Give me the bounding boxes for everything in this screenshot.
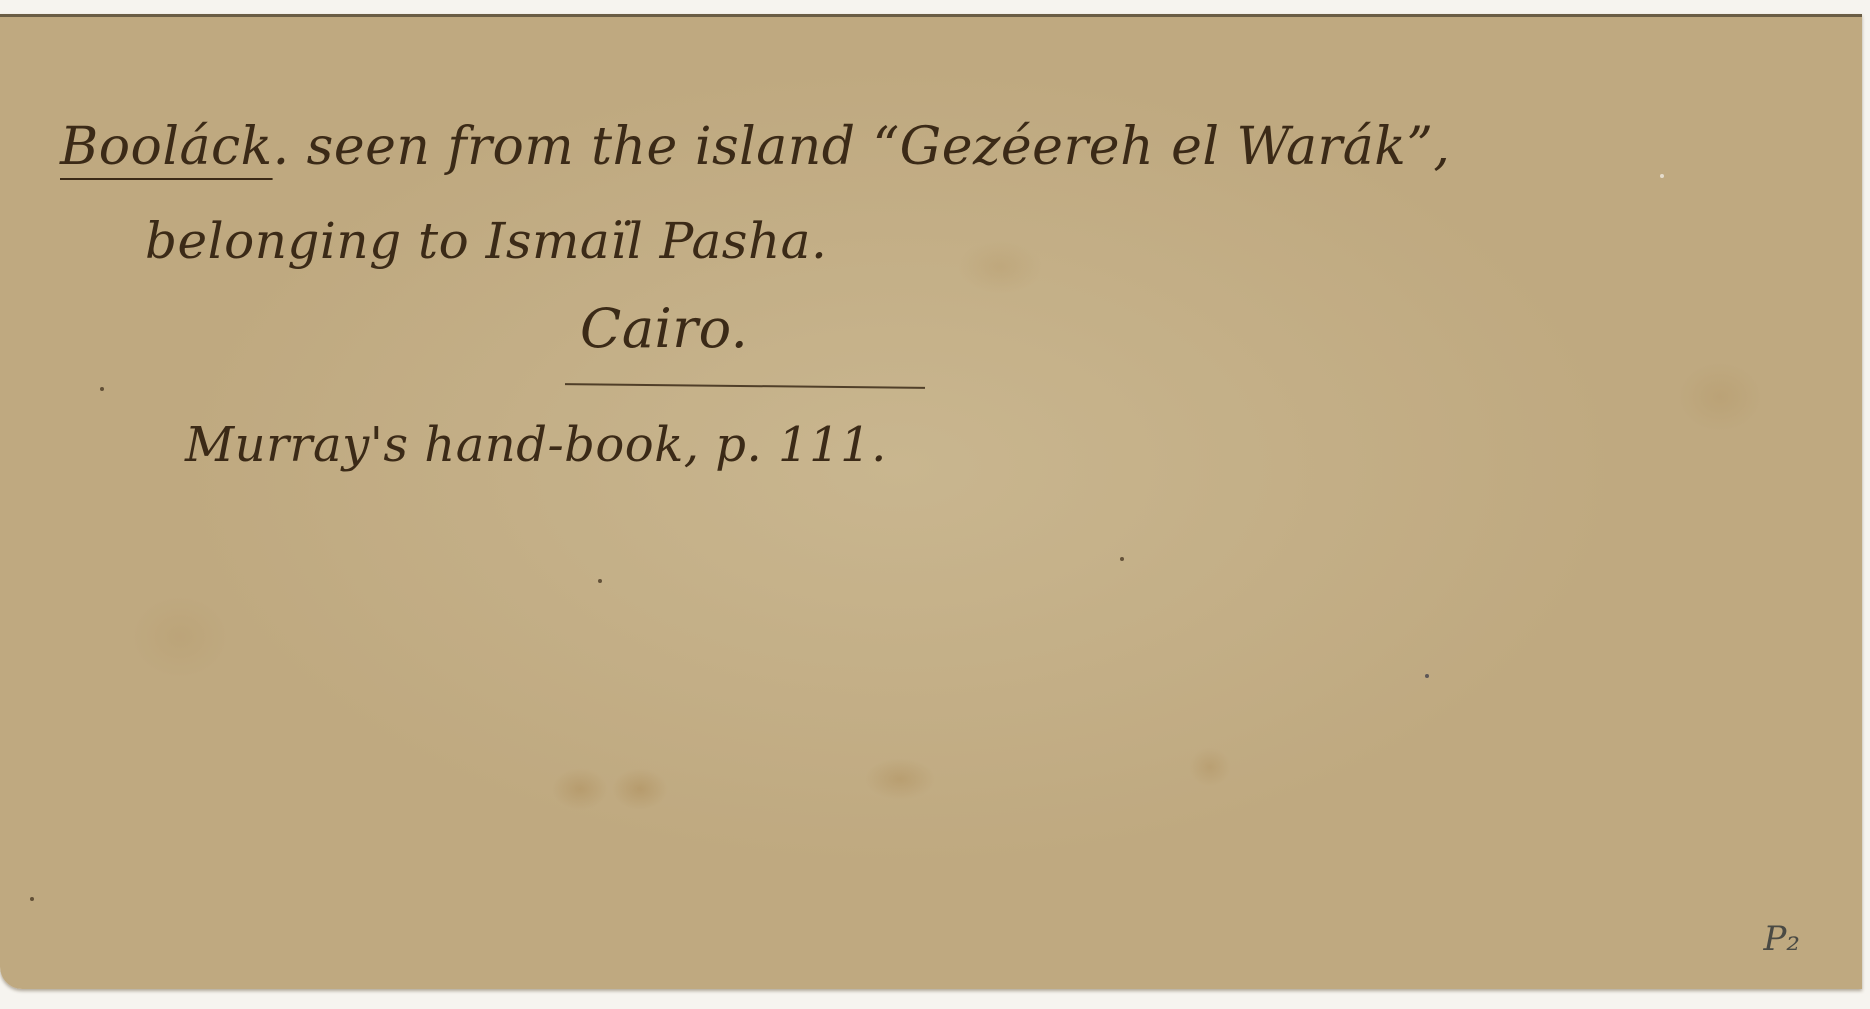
ink-speck: [598, 579, 602, 583]
ink-speck: [30, 897, 34, 901]
handwritten-card: Booláck. seen from the island “Gezéereh …: [0, 14, 1862, 989]
divider-rule: [565, 383, 925, 389]
ink-speck: [1425, 674, 1429, 678]
corner-pencil-mark: P₂: [1763, 919, 1800, 959]
place-title: Booláck: [60, 117, 273, 177]
caption-line-1-rest: . seen from the island “Gezéereh el Wará…: [273, 117, 1451, 177]
caption-line-2: belonging to Ismaïl Pasha.: [145, 212, 827, 270]
reference-citation: Murray's hand-book, p. 111.: [185, 417, 887, 473]
caption-line-1: Booláck. seen from the island “Gezéereh …: [60, 117, 1450, 177]
ink-speck: [100, 387, 104, 391]
city-label: Cairo.: [580, 297, 748, 360]
ink-speck: [1120, 557, 1124, 561]
ink-speck: [1660, 174, 1664, 178]
